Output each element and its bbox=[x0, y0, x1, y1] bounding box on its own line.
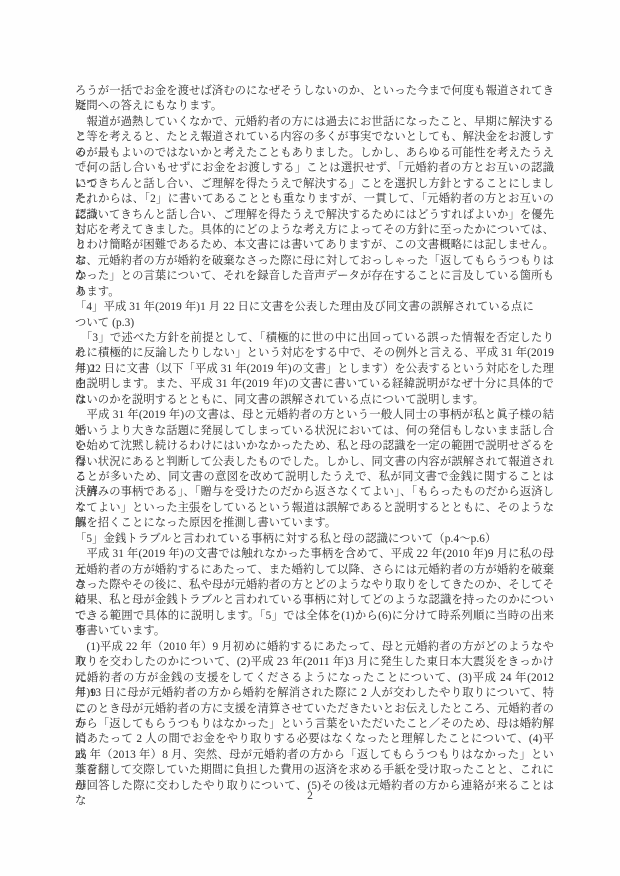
text-line: りわけ簡略が困難であるため、本文書には書いてありますが、この文書概略には記しませ… bbox=[75, 238, 554, 253]
text-line: にあたって 2 人の間でお金をやり取りする必要はなくなったと理解したことについて… bbox=[75, 732, 554, 747]
text-line: を書いています。 bbox=[75, 624, 554, 639]
text-line: 「何の話し合いもせずにお金をお渡しする」ことは選択せず、「元婚約者の方とお互いの… bbox=[75, 161, 554, 176]
text-line: ないのかを説明するとともに、同文書の誤解されている点について説明します。 bbox=[75, 393, 554, 408]
text-line: を説明します。また、平成 31 年(2019 年)の文書に書いている経緯説明がな… bbox=[75, 377, 554, 392]
text-line: 葉を翻して交際していた期間に負担した費用の返済を求める手紙を受け取ったことと、こ… bbox=[75, 763, 554, 778]
text-line: (1)平成 22 年（2010 年）9 月初めに婚約するにあたって、母と元婚約者… bbox=[75, 640, 554, 655]
text-line: 「4」平成 31 年(2019 年)1 月 22 日に文書を公表した理由及び同文… bbox=[75, 300, 554, 315]
text-line: できる範囲で具体的に説明します。「5」では全体を(1)から(6)に分けて時系列順… bbox=[75, 609, 554, 624]
text-line: 25 年（2013 年）8 月、突然、母が元婚約者の方から「返してもらうつもりは… bbox=[75, 748, 554, 763]
text-line: 月 22 日に文書（以下「平成 31 年(2019 年)の文書」とします）を公表… bbox=[75, 362, 554, 377]
text-line: 平成 31 年(2019 年)の文書は、母と元婚約者の方という一般人同士の事柄が… bbox=[75, 408, 554, 423]
text-line: 疑問への答えにもなります。 bbox=[75, 99, 554, 114]
text-line: お、元婚約者の方が婚約を破棄なさった際に母に対しておっしゃった「返してもらうつも… bbox=[75, 254, 554, 269]
text-line: 元婚約者の方が金銭の支援をしてくださるようになったことについて、(3)平成 24… bbox=[75, 671, 554, 686]
text-line: かった」との言葉について、それを録音した音声データが存在することに言及している箇… bbox=[75, 269, 554, 284]
text-line: ろうが一括でお金を渡せば済むのになぜそうしないのか、といった今まで何度も報道され… bbox=[75, 84, 554, 99]
text-line: 報道が過熱していくなかで、元婚約者の方には過去にお世話になったこと、早期に解決す… bbox=[75, 115, 554, 130]
text-line: さった際やその後に、私や母が元婚約者の方とどのようなやり取りをしてきたのか、そし… bbox=[75, 578, 554, 593]
text-line: 「5」金銭トラブルと言われている事柄に対する私と母の認識について（p.4～p.6… bbox=[75, 532, 554, 547]
text-line: くてよい」といった主張をしているという報道は誤解であると説明するとともに、そのよ… bbox=[75, 501, 554, 516]
text-line: いてきちんと話し合い、ご理解を得たうえで解決する」ことを選択し方針とすることにし… bbox=[75, 177, 554, 192]
text-line: れに積極的に反論したりしない」という対応をする中で、その例外と言える、平成 31… bbox=[75, 346, 554, 361]
text-line: 決済みの事柄である」、「贈与を受けたのだから返さなくてよい」、「もらったものだか… bbox=[75, 485, 554, 500]
text-line: から「返してもらうつもりはなかった」という言葉をいただいたこと／そのため、母は婚… bbox=[75, 717, 554, 732]
text-line: 解を招くことになった原因を推測し書いています。 bbox=[75, 516, 554, 531]
text-line: を始めて沈黙し続けるわけにはいかなかったため、私と母の認識を一定の範囲で説明せざ… bbox=[75, 439, 554, 454]
text-line: このとき母が元婚約者の方に支援を清算させていただきたいとお伝えしたところ、元婚約… bbox=[75, 702, 554, 717]
document-text: ろうが一括でお金を渡せば済むのになぜそうしないのか、といった今まで何度も報道され… bbox=[75, 84, 554, 794]
document-page: ろうが一括でお金を渡せば済むのになぜそうしないのか、といった今まで何度も報道され… bbox=[0, 0, 620, 876]
text-line: ついて (p.3) bbox=[75, 316, 554, 331]
text-line: 元婚約者の方が婚約するにあたって、また婚約して以降、さらには元婚約者の方が婚約を… bbox=[75, 563, 554, 578]
text-line: 月 13 日に母が元婚約者の方から婚約を解消された際に 2 人が交わしたやり取り… bbox=[75, 686, 554, 701]
text-line: についてきちんと話し合い、ご理解を得たうえで解決するためにはどうすればよいか」を… bbox=[75, 208, 554, 223]
page-number: 2 bbox=[0, 790, 620, 802]
text-line: 結果、私と母が金銭トラブルと言われている事柄に対してどのような認識を持ったのかに… bbox=[75, 593, 554, 608]
text-line: のが最もよいのではないかと考えたこともありました。しかし、あらゆる可能性を考えた… bbox=[75, 146, 554, 161]
text-line: ります。 bbox=[75, 285, 554, 300]
text-line: 「3」で述べた方針を前提として、「積極的に世の中に出回っている誤った情報を否定し… bbox=[75, 331, 554, 346]
text-line: と等を考えると、たとえ報道されている内容の多くが事実でないとしても、解決金をお渡… bbox=[75, 130, 554, 145]
text-line: それからは、「2」に書いてあることとも重なりますが、一貫して、「元婚約者の方とお… bbox=[75, 192, 554, 207]
text-line: ことが多いため、同文書の意図を改めて説明したうえで、私が同文書で金銭に関すること… bbox=[75, 470, 554, 485]
text-line: ない状況にあると判断して公表したものでした。しかし、同文書の内容が誤解されて報道… bbox=[75, 455, 554, 470]
text-line: 平成 31 年(2019 年)の文書では触れなかった事柄を含めて、平成 22 年… bbox=[75, 547, 554, 562]
text-line: 取りを交わしたのかについて、(2)平成 23 年(2011 年)3 月に発生した… bbox=[75, 655, 554, 670]
text-line: というより大きな話題に発展してしまっている状況においては、何の発信もしないまま話… bbox=[75, 424, 554, 439]
text-line: 対応を考えてきました。具体的にどのような考え方によってその方針に至ったかについて… bbox=[75, 223, 554, 238]
